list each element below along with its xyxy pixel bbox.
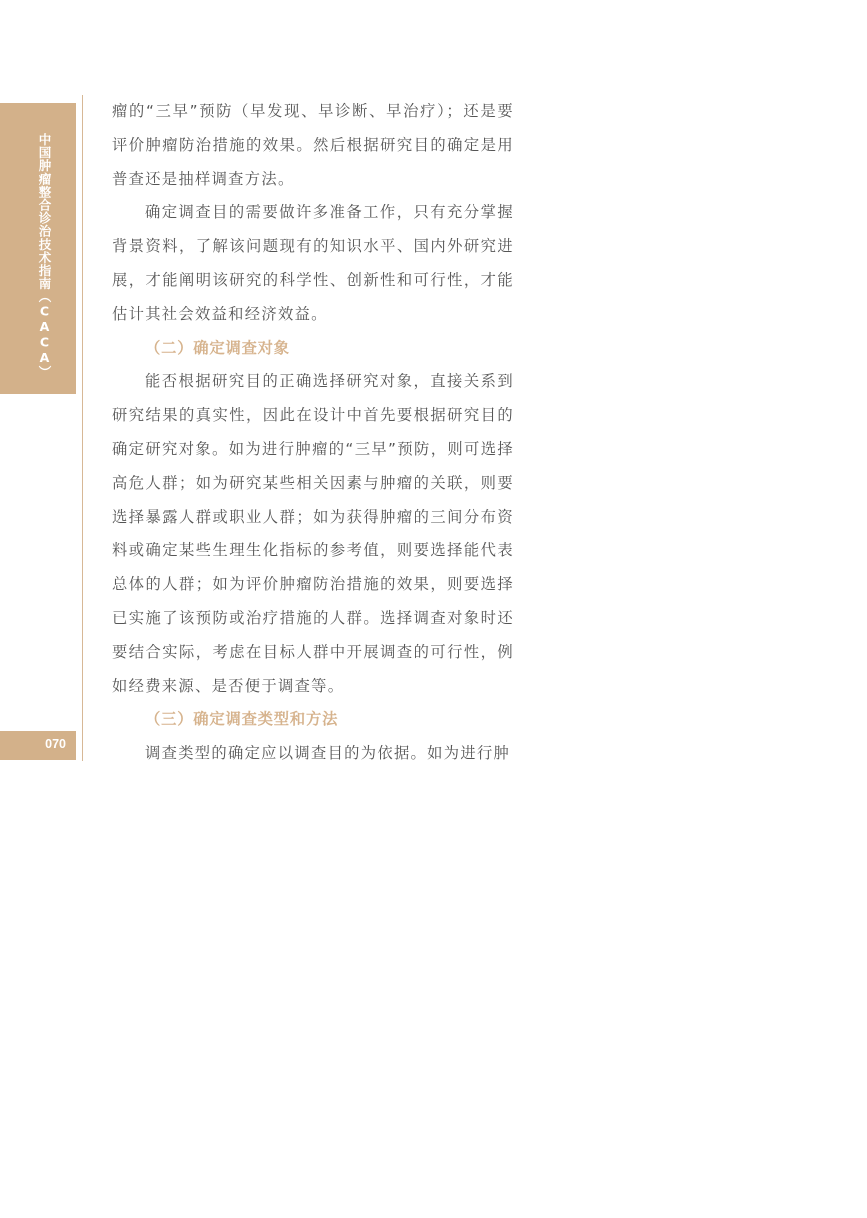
paragraph-type-method: 调查类型的确定应以调查目的为依据。如为进行肿 xyxy=(112,737,514,771)
paragraph-preparation: 确定调查目的需要做许多准备工作，只有充分掌握背景资料，了解该问题现有的知识水平、… xyxy=(112,196,514,331)
sidebar-book-title-block: 中国肿瘤整合诊治技术指南（CACA） xyxy=(0,103,76,394)
paragraph-continuation: 瘤的“三早”预防（早发现、早诊断、早治疗）；还是要评价肿瘤防治措施的效果。然后根… xyxy=(112,95,514,196)
page-number-block: 070 xyxy=(0,731,76,760)
book-title: 中国肿瘤整合诊治技术指南（CACA） xyxy=(36,133,52,379)
paragraph-subjects: 能否根据研究目的正确选择研究对象，直接关系到研究结果的真实性，因此在设计中首先要… xyxy=(112,365,514,703)
page-body: 瘤的“三早”预防（早发现、早诊断、早治疗）；还是要评价肿瘤防治措施的效果。然后根… xyxy=(112,95,514,771)
section-heading-type-method: （三）确定调查类型和方法 xyxy=(112,703,514,737)
vertical-divider xyxy=(82,95,83,761)
page-number: 070 xyxy=(45,737,66,751)
section-heading-subjects: （二）确定调查对象 xyxy=(112,332,514,366)
